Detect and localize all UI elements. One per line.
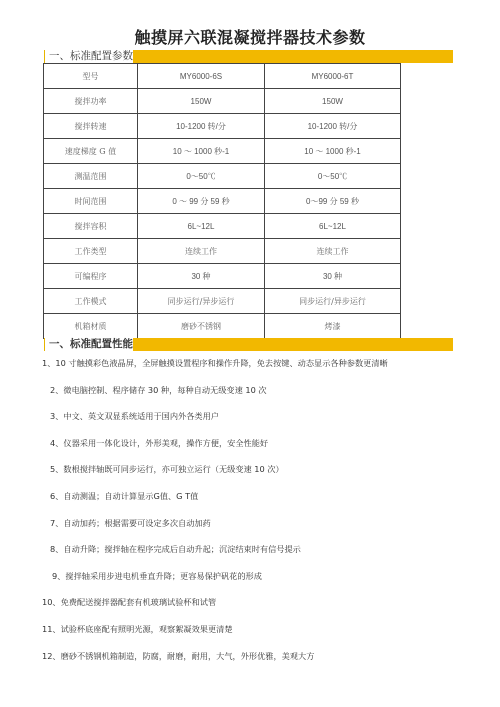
table-row: 时间范围0 ～ 99 分 59 秒0～99 分 59 秒 — [44, 189, 401, 214]
section-heading-features: 一、标准配置性能 — [44, 338, 133, 351]
features-list: 1、10 寸触摸彩色液晶屏，全屏触摸设置程序和操作升降，免去按键、动态显示各种参… — [42, 358, 482, 677]
row-label: 工作模式 — [44, 289, 138, 314]
cell-6t: MY6000-6T — [265, 64, 401, 89]
row-label: 速度梯度 G 值 — [44, 139, 138, 164]
table-row: 型号MY6000-6SMY6000-6T — [44, 64, 401, 89]
list-item: 3、中文、英文双显系统适用于国内外各类用户 — [42, 411, 482, 438]
cell-6s: 0 ～ 99 分 59 秒 — [138, 189, 265, 214]
spec-table: 型号MY6000-6SMY6000-6T 搅拌功率150W150W 搅拌转速10… — [43, 63, 401, 339]
table-row: 工作模式同步运行/异步运行同步运行/异步运行 — [44, 289, 401, 314]
row-label: 搅拌容积 — [44, 214, 138, 239]
cell-6t: 同步运行/异步运行 — [265, 289, 401, 314]
cell-6t: 30 种 — [265, 264, 401, 289]
table-row: 搅拌容积6L~12L6L~12L — [44, 214, 401, 239]
table-row: 搅拌转速10-1200 转/分10-1200 转/分 — [44, 114, 401, 139]
cell-6t: 连续工作 — [265, 239, 401, 264]
cell-6t: 10 ～ 1000 秒-1 — [265, 139, 401, 164]
list-item: 5、数根搅拌轴既可同步运行，亦可独立运行（无级变速 10 次） — [42, 464, 482, 491]
cell-6t: 0～99 分 59 秒 — [265, 189, 401, 214]
list-item: 6、自动测温；自动计算显示G值、G T值 — [42, 491, 482, 518]
row-label: 工作类型 — [44, 239, 138, 264]
table-row: 搅拌功率150W150W — [44, 89, 401, 114]
list-item: 7、自动加药；根据需要可设定多次自动加药 — [42, 518, 482, 545]
cell-6t: 10-1200 转/分 — [265, 114, 401, 139]
cell-6t: 150W — [265, 89, 401, 114]
list-item: 11、试验杯底座配有照明光源，观察絮凝效果更清楚 — [42, 624, 482, 651]
cell-6s: 150W — [138, 89, 265, 114]
list-item: 8、自动升降；搅拌轴在程序完成后自动升起；沉淀结束时有信号提示 — [42, 544, 482, 571]
cell-6s: 磨砂不锈钢 — [138, 314, 265, 339]
list-item: 4、仪器采用一体化设计，外形美观，操作方便，安全性能好 — [42, 438, 482, 465]
cell-6t: 烤漆 — [265, 314, 401, 339]
table-row: 机箱材质磨砂不锈钢烤漆 — [44, 314, 401, 339]
cell-6s: 30 种 — [138, 264, 265, 289]
cell-6t: 0～50℃ — [265, 164, 401, 189]
row-label: 时间范围 — [44, 189, 138, 214]
cell-6s: 10-1200 转/分 — [138, 114, 265, 139]
row-label: 机箱材质 — [44, 314, 138, 339]
row-label: 测温范围 — [44, 164, 138, 189]
cell-6s: 0～50℃ — [138, 164, 265, 189]
list-item: 1、10 寸触摸彩色液晶屏，全屏触摸设置程序和操作升降，免去按键、动态显示各种参… — [42, 358, 482, 385]
cell-6s: 6L~12L — [138, 214, 265, 239]
cell-6s: 连续工作 — [138, 239, 265, 264]
row-label: 可编程序 — [44, 264, 138, 289]
table-row: 测温范围0～50℃0～50℃ — [44, 164, 401, 189]
table-row: 工作类型连续工作连续工作 — [44, 239, 401, 264]
cell-6s: 10 ～ 1000 秒-1 — [138, 139, 265, 164]
table-row: 速度梯度 G 值10 ～ 1000 秒-110 ～ 1000 秒-1 — [44, 139, 401, 164]
cell-6t: 6L~12L — [265, 214, 401, 239]
cell-6s: MY6000-6S — [138, 64, 265, 89]
list-item: 2、微电脑控制、程序储存 30 种，每种自动无级变速 10 次 — [42, 385, 482, 412]
cell-6s: 同步运行/异步运行 — [138, 289, 265, 314]
row-label: 搅拌功率 — [44, 89, 138, 114]
list-item: 12、磨砂不锈钢机箱制造，防腐，耐磨，耐用，大气，外形优雅，美观大方 — [42, 651, 482, 678]
row-label: 型号 — [44, 64, 138, 89]
table-row: 可编程序30 种30 种 — [44, 264, 401, 289]
section-heading-spec: 一、标准配置参数 — [44, 50, 133, 63]
list-item: 10、免费配送搅拌器配套有机玻璃试验杯和试管 — [42, 597, 482, 624]
list-item: 9、搅拌轴采用步进电机垂直升降；更容易保护矾花的形成 — [42, 571, 482, 598]
row-label: 搅拌转速 — [44, 114, 138, 139]
document-title: 触摸屏六联混凝搅拌器技术参数 — [0, 25, 500, 48]
